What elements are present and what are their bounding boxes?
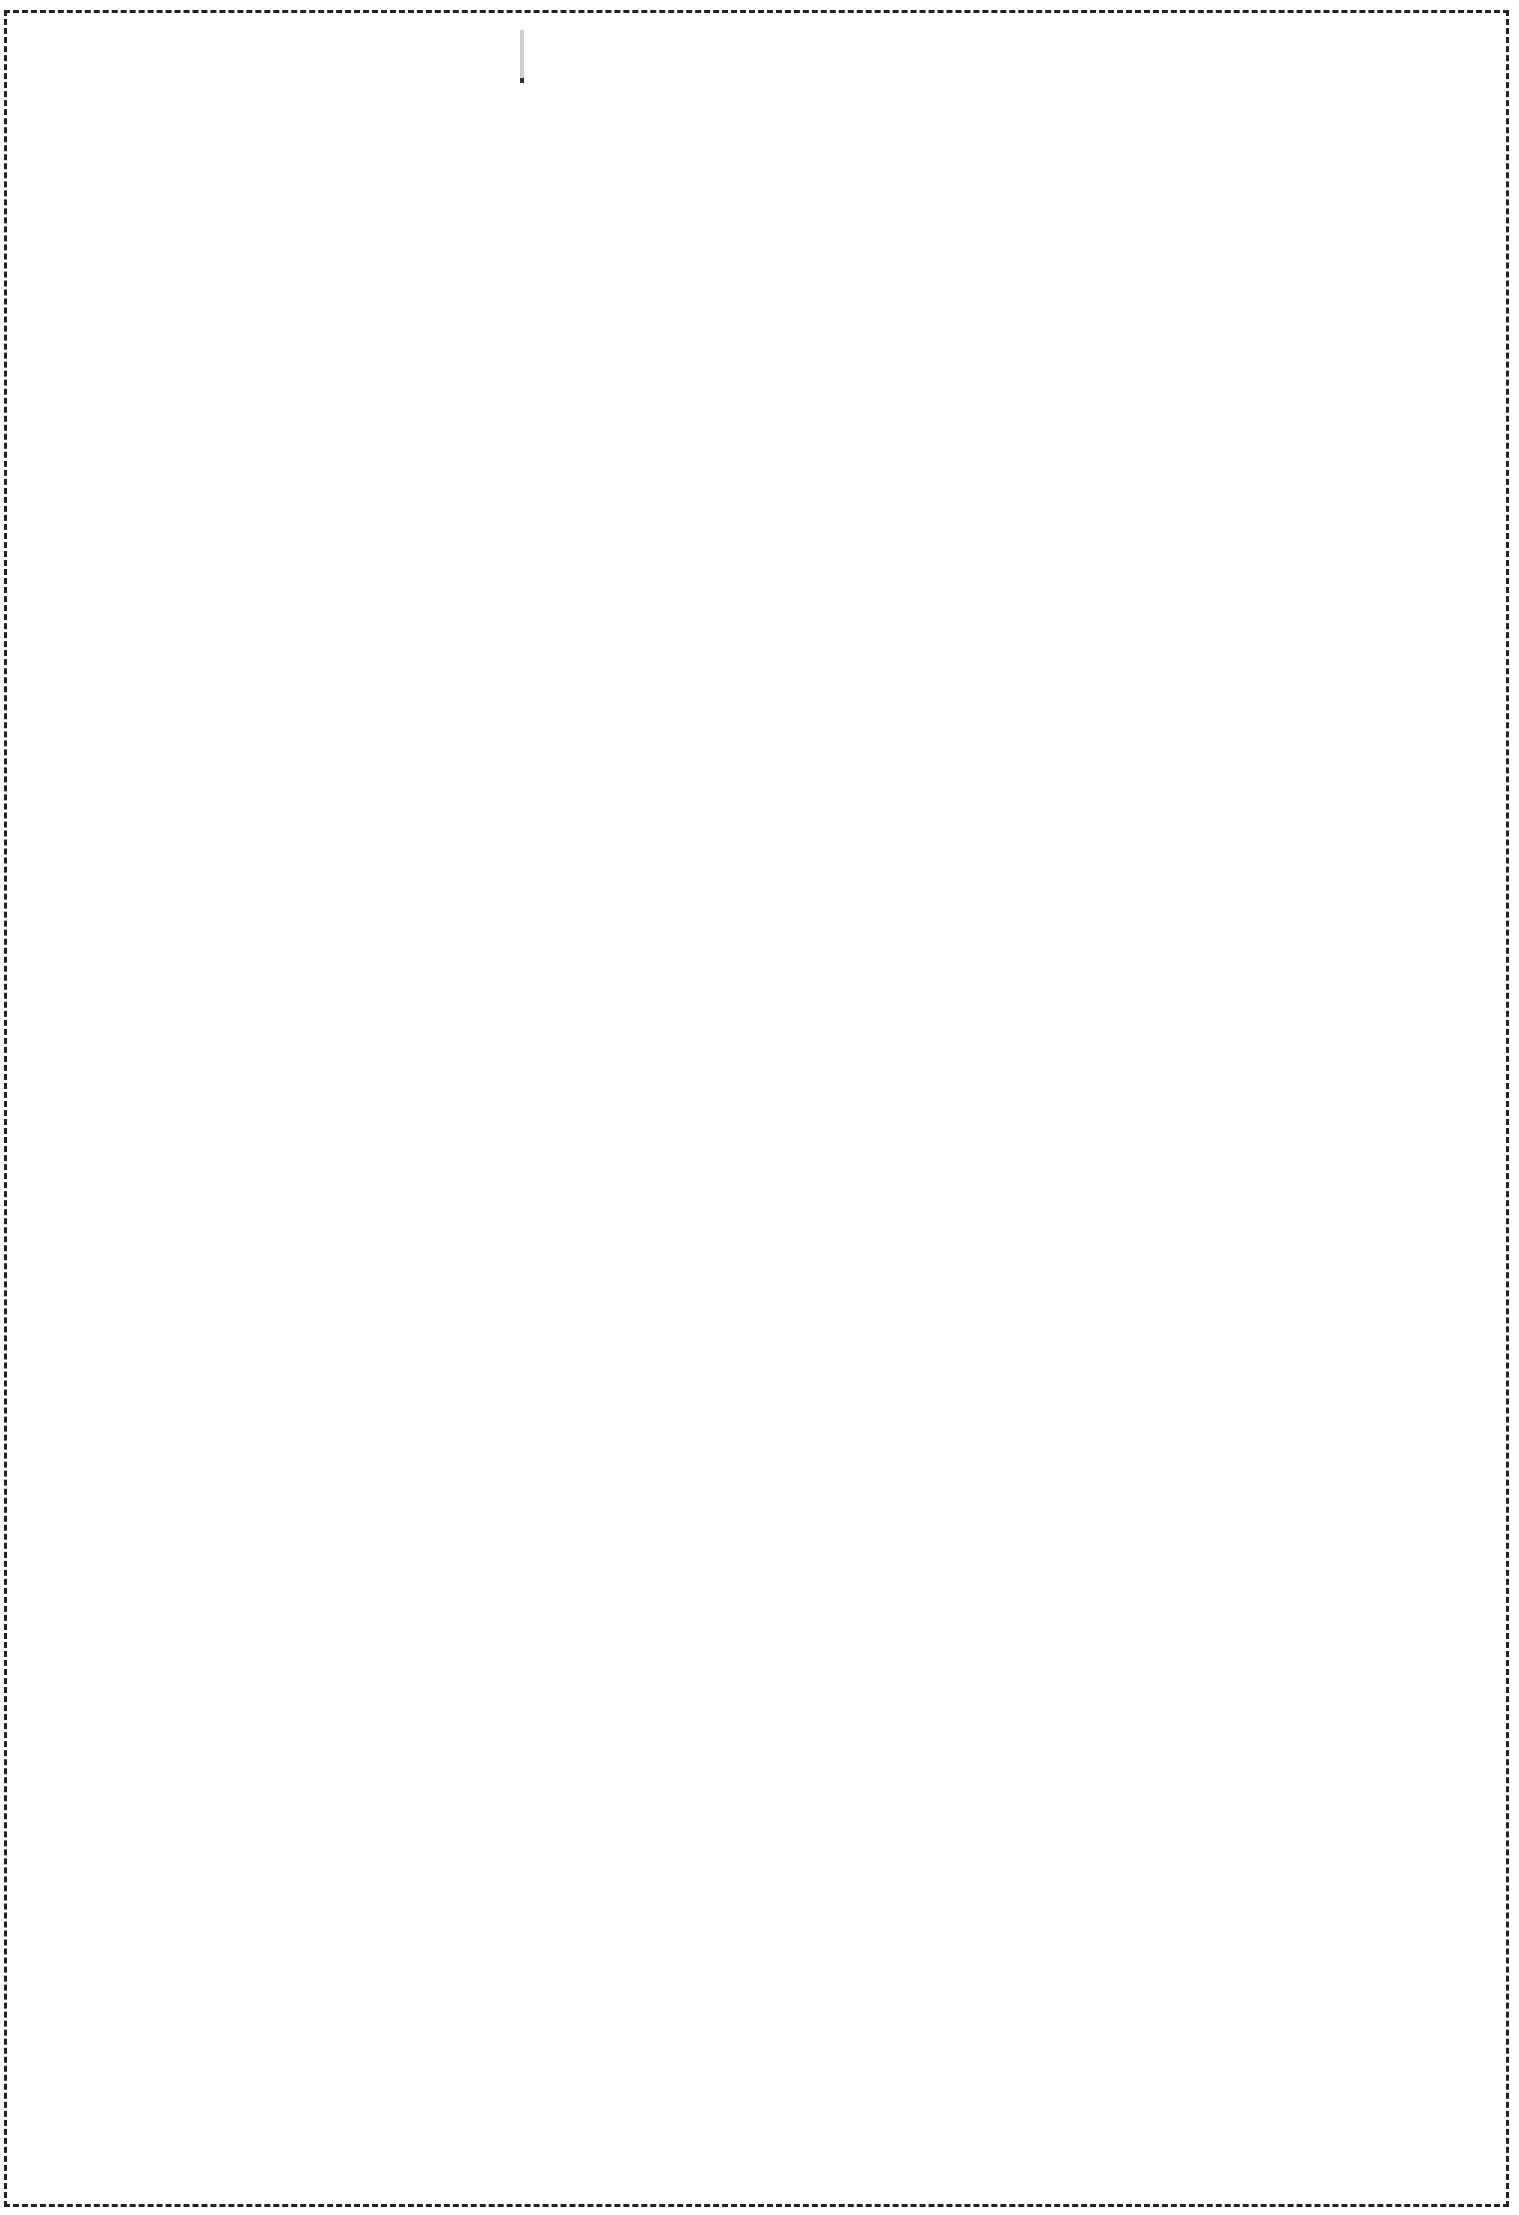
page-title-box: [520, 30, 524, 83]
page-border: [4, 10, 1509, 2207]
